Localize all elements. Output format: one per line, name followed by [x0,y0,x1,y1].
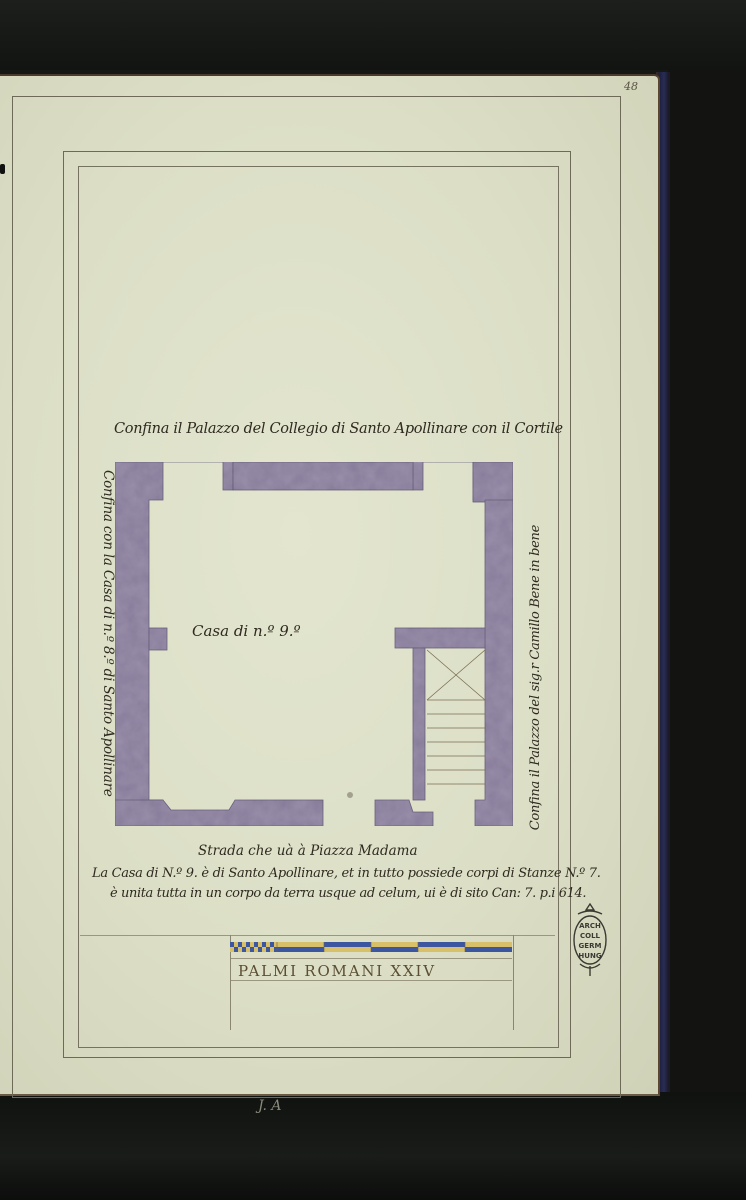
scan-background-right [668,70,746,1110]
pencil-annotation: J. A [258,1098,282,1114]
archive-stamp: ARCH COLL GERM HUNG [570,900,610,978]
collegium-stamp-icon: ARCH COLL GERM HUNG [570,900,610,978]
floor-plan [113,460,515,830]
north-boundary-caption: Confina il Palazzo del Collegio di Santo… [114,421,563,437]
scan-background-bottom [0,1092,746,1200]
scale-bar-graphic [230,942,512,952]
description-line-2: è unita tutta in un corpo da terra usque… [110,886,586,901]
svg-text:ARCH: ARCH [579,922,601,930]
east-boundary-caption: Confina il Palazzo del sig.r Camillo Ben… [528,525,543,830]
svg-text:GERM: GERM [579,942,602,950]
binding-hole [0,164,5,174]
scan-background-top [0,0,746,70]
folio-number: 48 [624,80,638,93]
scale-bar [230,937,512,947]
room-label: Casa di n.º 9.º [192,622,301,640]
scale-label: PALMI ROMANI XXIV [238,962,436,980]
description-line-1: La Casa di N.º 9. è di Santo Apollinare,… [92,866,601,881]
floor-plan-drawing [113,460,515,830]
svg-text:COLL: COLL [580,932,601,940]
svg-text:HUNG: HUNG [578,952,601,960]
street-caption: Strada che uà à Piazza Madama [198,843,418,859]
